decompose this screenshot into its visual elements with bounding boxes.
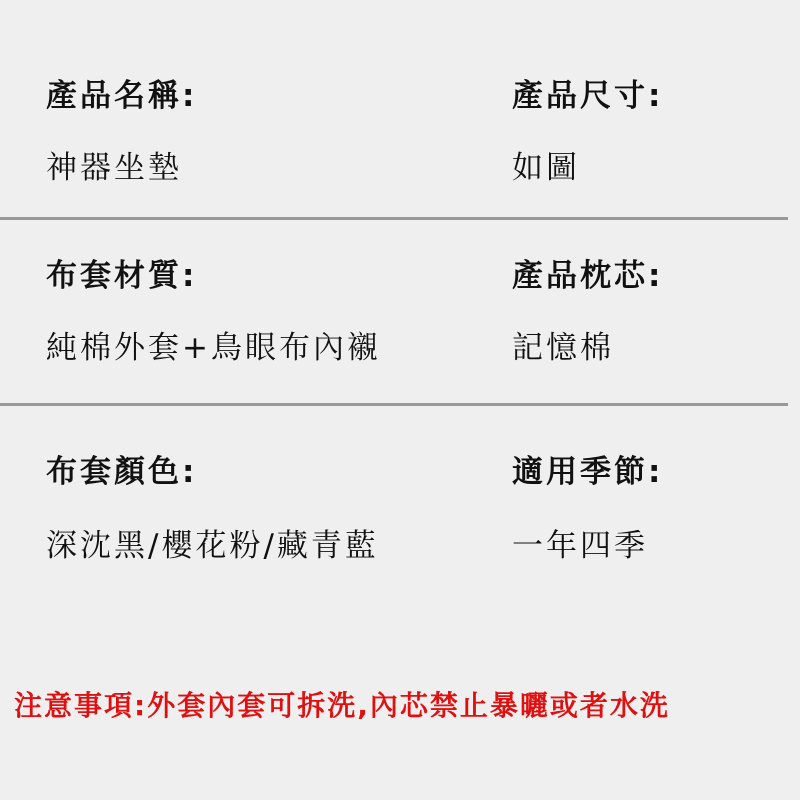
season-value: 一年四季: [512, 528, 648, 564]
cover-material-value: 純棉外套+鳥眼布內襯: [46, 330, 381, 366]
care-notice: 注意事項:外套內套可拆洗,內芯禁止暴曬或者水洗: [14, 689, 670, 723]
pillow-core-label: 產品枕芯:: [512, 258, 663, 294]
section-divider-1: [0, 217, 788, 220]
product-name-label: 產品名稱:: [46, 78, 197, 114]
cover-color-label: 布套顏色:: [46, 454, 197, 490]
product-name-value: 神器坐墊: [46, 150, 182, 186]
product-size-label: 產品尺寸:: [512, 78, 663, 114]
section-divider-2: [0, 403, 788, 406]
cover-material-label: 布套材質:: [46, 258, 197, 294]
season-label: 適用季節:: [512, 454, 663, 490]
pillow-core-value: 記憶棉: [512, 330, 614, 366]
cover-color-value: 深沈黑/櫻花粉/藏青藍: [46, 528, 379, 564]
product-size-value: 如圖: [512, 150, 580, 186]
